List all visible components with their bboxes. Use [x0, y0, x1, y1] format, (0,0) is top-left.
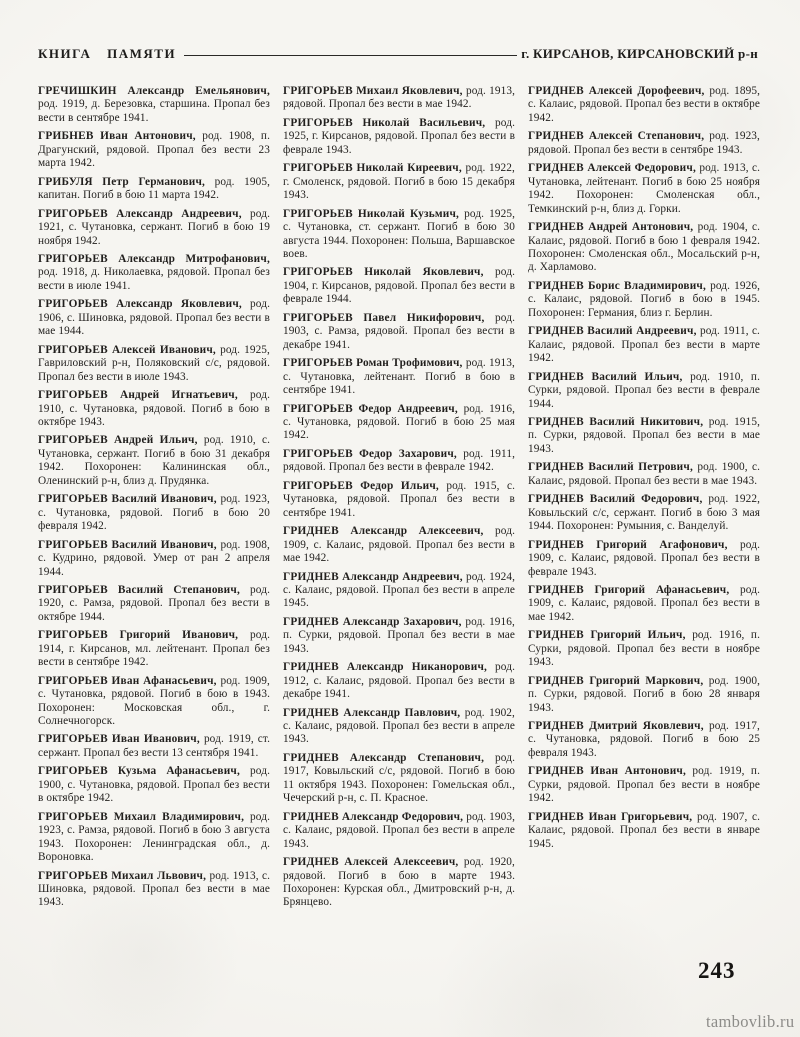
entry-name: ГРИДНЕВ Григорий Маркович,	[528, 675, 709, 687]
entry-columns: ГРЕЧИШКИН Александр Емельянович, род. 19…	[0, 62, 800, 915]
entry-name: ГРИДНЕВ Александр Андреевич,	[283, 571, 466, 583]
memorial-entry: ГРИГОРЬЕВ Павел Никифорович, род. 1903, …	[283, 312, 515, 352]
entry-name: ГРИДНЕВ Иван Григорьевич,	[528, 811, 697, 823]
memorial-entry: ГРИДНЕВ Алексей Степанович, род. 1923, р…	[528, 130, 760, 157]
entry-name: ГРИГОРЬЕВ Алексей Иванович,	[38, 344, 220, 356]
memorial-entry: ГРИГОРЬЕВ Иван Афанасьевич, род. 1909, с…	[38, 675, 270, 729]
entry-name: ГРИБУЛЯ Петр Германович,	[38, 176, 215, 188]
entry-name: ГРИДНЕВ Александр Федорович,	[283, 811, 466, 823]
entry-name: ГРИГОРЬЕВ Андрей Ильич,	[38, 434, 204, 446]
entry-name: ГРИДНЕВ Григорий Агафонович,	[528, 539, 740, 551]
entry-name: ГРИГОРЬЕВ Александр Яковлевич,	[38, 298, 250, 310]
entry-name: ГРИГОРЬЕВ Федор Андреевич,	[283, 403, 464, 415]
entry-name: ГРИДНЕВ Василий Федорович,	[528, 493, 708, 505]
entry-name: ГРИГОРЬЕВ Василий Иванович,	[38, 539, 220, 551]
entry-name: ГРИДНЕВ Борис Владимирович,	[528, 280, 710, 292]
memorial-entry: ГРИДНЕВ Иван Антонович, род. 1919, п. Су…	[528, 765, 760, 805]
memorial-entry: ГРИДНЕВ Василий Федорович, род. 1922, Ко…	[528, 493, 760, 533]
memorial-entry: ГРИДНЕВ Александр Степанович, род. 1917,…	[283, 752, 515, 806]
entry-name: ГРИДНЕВ Алексей Степанович,	[528, 130, 709, 142]
entry-name: ГРИДНЕВ Александр Алексеевич,	[283, 525, 495, 537]
entry-name: ГРИДНЕВ Василий Петрович,	[528, 461, 697, 473]
entry-name: ГРИБНЕВ Иван Антонович,	[38, 130, 202, 142]
entry-name: ГРИДНЕВ Александр Павлович,	[283, 707, 465, 719]
entry-name: ГРИГОРЬЕВ Александр Митрофанович,	[38, 253, 270, 265]
memorial-entry: ГРИГОРЬЕВ Василий Иванович, род. 1923, с…	[38, 493, 270, 533]
page-header: КНИГА ПАМЯТИ г. КИРСАНОВ, КИРСАНОВСКИЙ р…	[0, 0, 800, 62]
entry-name: ГРИГОРЬЕВ Григорий Иванович,	[38, 629, 250, 641]
memorial-entry: ГРЕЧИШКИН Александр Емельянович, род. 19…	[38, 85, 270, 125]
entry-name: ГРИДНЕВ Иван Антонович,	[528, 765, 692, 777]
entry-name: ГРИДНЕВ Андрей Антонович,	[528, 221, 698, 233]
memorial-entry: ГРИГОРЬЕВ Федор Андреевич, род. 1916, с.…	[283, 403, 515, 443]
book-title: КНИГА ПАМЯТИ	[38, 46, 176, 62]
entry-name: ГРИГОРЬЕВ Василий Степанович,	[38, 584, 250, 596]
entry-name: ГРИГОРЬЕВ Кузьма Афанасьевич,	[38, 765, 250, 777]
memorial-entry: ГРИДНЕВ Борис Владимирович, род. 1926, с…	[528, 280, 760, 320]
memorial-entry: ГРИГОРЬЕВ Федор Ильич, род. 1915, с. Чут…	[283, 480, 515, 520]
memorial-entry: ГРИГОРЬЕВ Григорий Иванович, род. 1914, …	[38, 629, 270, 669]
entry-name: ГРИГОРЬЕВ Василий Иванович,	[38, 493, 220, 505]
entry-name: ГРИГОРЬЕВ Андрей Игнатьевич,	[38, 389, 250, 401]
memorial-entry: ГРИДНЕВ Дмитрий Яковлевич, род. 1917, с.…	[528, 720, 760, 760]
memorial-entry: ГРИДНЕВ Григорий Маркович, род. 1900, п.…	[528, 675, 760, 715]
memorial-entry: ГРИБУЛЯ Петр Германович, род. 1905, капи…	[38, 176, 270, 203]
entry-name: ГРИДНЕВ Алексей Алексеевич,	[283, 856, 464, 868]
column-3: ГРИДНЕВ Алексей Дорофеевич, род. 1895, с…	[528, 85, 760, 915]
entry-name: ГРИДНЕВ Василий Ильич,	[528, 371, 690, 383]
memorial-entry: ГРИДНЕВ Василий Никитович, род. 1915, п.…	[528, 416, 760, 456]
entry-name: ГРИГОРЬЕВ Роман Трофимович,	[283, 357, 466, 369]
memorial-entry: ГРИДНЕВ Григорий Афанасьевич, род. 1909,…	[528, 584, 760, 624]
memorial-entry: ГРИДНЕВ Василий Андреевич, род. 1911, с.…	[528, 325, 760, 365]
entry-name: ГРИДНЕВ Александр Захарович,	[283, 616, 465, 628]
memorial-entry: ГРИГОРЬЕВ Николай Киреевич, род. 1922, г…	[283, 162, 515, 202]
memorial-entry: ГРИДНЕВ Василий Петрович, род. 1900, с. …	[528, 461, 760, 488]
memorial-entry: ГРИГОРЬЕВ Михаил Владимирович, род. 1923…	[38, 811, 270, 865]
memorial-entry: ГРИДНЕВ Григорий Агафонович, род. 1909, …	[528, 539, 760, 579]
entry-details: род. 1919, д. Березовка, старшина. Пропа…	[38, 98, 270, 123]
header-rule	[184, 55, 517, 56]
memorial-entry: ГРИДНЕВ Андрей Антонович, род. 1904, с. …	[528, 221, 760, 275]
memorial-entry: ГРИДНЕВ Алексей Федорович, род. 1913, с.…	[528, 162, 760, 216]
memorial-entry: ГРИГОРЬЕВ Андрей Игнатьевич, род. 1910, …	[38, 389, 270, 429]
memorial-entry: ГРИГОРЬЕВ Михаил Яковлевич, род. 1913, р…	[283, 85, 515, 112]
entry-name: ГРИДНЕВ Александр Степанович,	[283, 752, 495, 764]
memorial-entry: ГРИГОРЬЕВ Николай Васильевич, род. 1925,…	[283, 117, 515, 157]
entry-name: ГРИГОРЬЕВ Николай Кузьмич,	[283, 208, 464, 220]
entry-name: ГРИДНЕВ Григорий Ильич,	[528, 629, 692, 641]
memorial-entry: ГРИДНЕВ Василий Ильич, род. 1910, п. Сур…	[528, 371, 760, 411]
entry-name: ГРИДНЕВ Алексей Дорофеевич,	[528, 85, 709, 97]
memorial-entry: ГРИДНЕВ Алексей Дорофеевич, род. 1895, с…	[528, 85, 760, 125]
memorial-entry: ГРИДНЕВ Александр Андреевич, род. 1924, …	[283, 571, 515, 611]
memorial-entry: ГРИГОРЬЕВ Александр Яковлевич, род. 1906…	[38, 298, 270, 338]
memorial-entry: ГРИДНЕВ Александр Федорович, род. 1903, …	[283, 811, 515, 851]
memorial-entry: ГРИДНЕВ Александр Никанорович, род. 1912…	[283, 661, 515, 701]
memorial-entry: ГРИГОРЬЕВ Александр Митрофанович, род. 1…	[38, 253, 270, 293]
memorial-entry: ГРИДНЕВ Александр Захарович, род. 1916, …	[283, 616, 515, 656]
memorial-entry: ГРИГОРЬЕВ Кузьма Афанасьевич, род. 1900,…	[38, 765, 270, 805]
memorial-entry: ГРИГОРЬЕВ Иван Иванович, род. 1919, ст. …	[38, 733, 270, 760]
entry-name: ГРИГОРЬЕВ Федор Захарович,	[283, 448, 463, 460]
memorial-entry: ГРИГОРЬЕВ Александр Андреевич, род. 1921…	[38, 208, 270, 248]
memorial-entry: ГРИГОРЬЕВ Василий Иванович, род. 1908, с…	[38, 539, 270, 579]
entry-name: ГРИГОРЬЕВ Михаил Львович,	[38, 870, 210, 882]
entry-name: ГРИДНЕВ Василий Андреевич,	[528, 325, 700, 337]
memorial-entry: ГРИДНЕВ Александр Павлович, род. 1902, с…	[283, 707, 515, 747]
entry-details: род. 1918, д. Николаевка, рядовой. Пропа…	[38, 266, 270, 291]
memorial-entry: ГРИГОРЬЕВ Алексей Иванович, род. 1925, Г…	[38, 344, 270, 384]
entry-name: ГРИДНЕВ Алексей Федорович,	[528, 162, 699, 174]
entry-name: ГРИГОРЬЕВ Николай Васильевич,	[283, 117, 495, 129]
memorial-entry: ГРИДНЕВ Иван Григорьевич, род. 1907, с. …	[528, 811, 760, 851]
memorial-entry: ГРИДНЕВ Григорий Ильич, род. 1916, п. Су…	[528, 629, 760, 669]
memorial-entry: ГРИГОРЬЕВ Василий Степанович, род. 1920,…	[38, 584, 270, 624]
entry-name: ГРИДНЕВ Дмитрий Яковлевич,	[528, 720, 709, 732]
entry-name: ГРИДНЕВ Василий Никитович,	[528, 416, 709, 428]
entry-name: ГРИГОРЬЕВ Иван Иванович,	[38, 733, 204, 745]
entry-name: ГРИГОРЬЕВ Александр Андреевич,	[38, 208, 250, 220]
entry-name: ГРИГОРЬЕВ Федор Ильич,	[283, 480, 446, 492]
memorial-entry: ГРИГОРЬЕВ Роман Трофимович, род. 1913, с…	[283, 357, 515, 397]
column-2: ГРИГОРЬЕВ Михаил Яковлевич, род. 1913, р…	[283, 85, 515, 915]
entry-name: ГРИГОРЬЕВ Николай Яковлевич,	[283, 266, 495, 278]
region-title: г. КИРСАНОВ, КИРСАНОВСКИЙ р-н	[521, 46, 758, 62]
entry-name: ГРИДНЕВ Григорий Афанасьевич,	[528, 584, 740, 596]
entry-name: ГРИГОРЬЕВ Михаил Яковлевич,	[283, 85, 466, 97]
scanned-book-page: КНИГА ПАМЯТИ г. КИРСАНОВ, КИРСАНОВСКИЙ р…	[0, 0, 800, 1037]
entry-name: ГРИДНЕВ Александр Никанорович,	[283, 661, 495, 673]
memorial-entry: ГРИДНЕВ Алексей Алексеевич, род. 1920, р…	[283, 856, 515, 910]
library-watermark: tambovlib.ru	[706, 1012, 794, 1032]
column-1: ГРЕЧИШКИН Александр Емельянович, род. 19…	[38, 85, 270, 915]
memorial-entry: ГРИГОРЬЕВ Михаил Львович, род. 1913, с. …	[38, 870, 270, 910]
entry-name: ГРИГОРЬЕВ Павел Никифорович,	[283, 312, 495, 324]
entry-name: ГРИГОРЬЕВ Николай Киреевич,	[283, 162, 466, 174]
memorial-entry: ГРИГОРЬЕВ Федор Захарович, род. 1911, ря…	[283, 448, 515, 475]
entry-name: ГРИГОРЬЕВ Иван Афанасьевич,	[38, 675, 220, 687]
memorial-entry: ГРИГОРЬЕВ Николай Яковлевич, род. 1904, …	[283, 266, 515, 306]
memorial-entry: ГРИДНЕВ Александр Алексеевич, род. 1909,…	[283, 525, 515, 565]
page-number: 243	[698, 958, 736, 984]
memorial-entry: ГРИГОРЬЕВ Николай Кузьмич, род. 1925, с.…	[283, 208, 515, 262]
entry-name: ГРИГОРЬЕВ Михаил Владимирович,	[38, 811, 250, 823]
entry-name: ГРЕЧИШКИН Александр Емельянович,	[38, 85, 270, 97]
memorial-entry: ГРИГОРЬЕВ Андрей Ильич, род. 1910, с. Чу…	[38, 434, 270, 488]
memorial-entry: ГРИБНЕВ Иван Антонович, род. 1908, п. Др…	[38, 130, 270, 170]
